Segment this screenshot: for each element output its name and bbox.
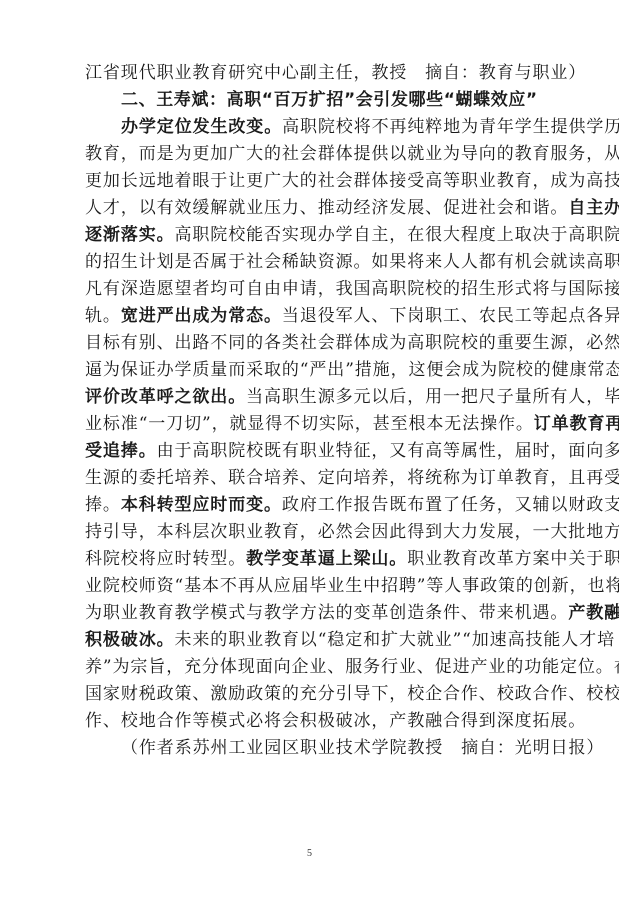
text-segment: 的招生计划是否属于社会稀缺资源。如果将来人人都有机会就读高职， <box>85 252 619 272</box>
text-line: 捧。本科转型应时而变。政府工作报告既布置了任务，又辅以财政支 <box>85 492 553 519</box>
bold-keyphrase: 逐渐落实。 <box>85 225 175 245</box>
bold-keyphrase: 产教融合 <box>568 603 619 623</box>
text-segment: 国家财税政策、激励政策的充分引导下，校企合作、校政合作、校校合 <box>85 684 619 704</box>
page-number: 5 <box>0 848 619 859</box>
text-line: 目标有别、出路不同的各类社会群体成为高职院校的重要生源，必然倒 <box>85 330 553 357</box>
text-line: 逐渐落实。高职院校能否实现办学自主，在很大程度上取决于高职院校 <box>85 222 553 249</box>
text-segment: 目标有别、出路不同的各类社会群体成为高职院校的重要生源，必然倒 <box>85 333 619 353</box>
text-segment: 为职业教育教学模式与教学方法的变革创造条件、带来机遇。 <box>85 603 568 623</box>
bold-keyphrase: 办学定位发生改变。 <box>121 117 282 137</box>
section-heading: 二、王寿斌：高职“百万扩招”会引发哪些“蝴蝶效应” <box>85 87 553 114</box>
text-segment: 持引导，本科层次职业教育，必然会因此得到大力发展，一大批地方本 <box>85 522 619 542</box>
text-segment: 作、校地合作等模式必将会积极破冰，产教融合得到深度拓展。 <box>85 711 586 731</box>
text-segment: 高职院校将不再纯粹地为青年学生提供学历 <box>282 117 619 137</box>
text-segment: 职业教育改革方案中关于职 <box>407 549 619 569</box>
text-segment: 未来的职业教育以“稳定和扩大就业”“加速高技能人才培 <box>175 630 615 650</box>
text-segment: （作者系苏州工业园区职业技术学院教授 摘自：光明日报） <box>121 738 604 758</box>
text-line: 江省现代职业教育研究中心副主任，教授 摘自：教育与职业） <box>85 60 553 87</box>
author-attribution: （作者系苏州工业园区职业技术学院教授 摘自：光明日报） <box>85 735 553 762</box>
text-line: 评价改革呼之欲出。当高职生源多元以后，用一把尺子量所有人，毕 <box>85 384 553 411</box>
text-line: 养”为宗旨，充分体现面向企业、服务行业、促进产业的功能定位。在 <box>85 654 553 681</box>
text-line: 更加长远地着眼于让更广大的社会群体接受高等职业教育，成为高技能 <box>85 168 553 195</box>
document-page: 江省现代职业教育研究中心副主任，教授 摘自：教育与职业）二、王寿斌：高职“百万扩… <box>85 60 553 762</box>
text-segment: 生源的委托培养、联合培养、定向培养，将统称为订单教育，且再受追 <box>85 468 619 488</box>
text-segment: 养”为宗旨，充分体现面向企业、服务行业、促进产业的功能定位。在 <box>85 657 619 677</box>
text-segment: 江省现代职业教育研究中心副主任，教授 摘自：教育与职业） <box>85 63 586 83</box>
text-segment: 轨。 <box>85 306 121 326</box>
text-line: 业院校师资“基本不再从应届毕业生中招聘”等人事政策的创新，也将 <box>85 573 553 600</box>
text-segment: 教育，而是为更加广大的社会群体提供以就业为导向的教育服务，从而 <box>85 144 619 164</box>
bold-keyphrase: 本科转型应时而变。 <box>121 495 282 515</box>
text-line: 逼为保证办学质量而采取的“严出”措施，这便会成为院校的健康常态。 <box>85 357 553 384</box>
text-line: 科院校将应时转型。教学变革逼上梁山。职业教育改革方案中关于职 <box>85 546 553 573</box>
bold-keyphrase: 订单教育再 <box>534 414 619 434</box>
bold-keyphrase: 教学变革逼上梁山。 <box>246 549 407 569</box>
text-line: 持引导，本科层次职业教育，必然会因此得到大力发展，一大批地方本 <box>85 519 553 546</box>
bold-keyphrase: 评价改革呼之欲出。 <box>85 387 246 407</box>
text-line: 生源的委托培养、联合培养、定向培养，将统称为订单教育，且再受追 <box>85 465 553 492</box>
text-line: 业标准“一刀切”，就显得不切实际，甚至根本无法操作。订单教育再 <box>85 411 553 438</box>
text-line: 轨。宽进严出成为常态。当退役军人、下岗职工、农民工等起点各异、 <box>85 303 553 330</box>
bold-keyphrase: 宽进严出成为常态。 <box>121 306 282 326</box>
text-line: 的招生计划是否属于社会稀缺资源。如果将来人人都有机会就读高职， <box>85 249 553 276</box>
text-line: 教育，而是为更加广大的社会群体提供以就业为导向的教育服务，从而 <box>85 141 553 168</box>
text-segment: 捧。 <box>85 495 121 515</box>
bold-keyphrase: 受追捧。 <box>85 441 157 461</box>
text-line: 国家财税政策、激励政策的充分引导下，校企合作、校政合作、校校合 <box>85 681 553 708</box>
text-line: 办学定位发生改变。高职院校将不再纯粹地为青年学生提供学历 <box>85 114 553 141</box>
bold-keyphrase: 积极破冰。 <box>85 630 175 650</box>
text-segment: 业标准“一刀切”，就显得不切实际，甚至根本无法操作。 <box>85 414 534 434</box>
text-segment: 业院校师资“基本不再从应届毕业生中招聘”等人事政策的创新，也将 <box>85 576 619 596</box>
text-segment: 科院校将应时转型。 <box>85 549 246 569</box>
text-segment: 当高职生源多元以后，用一把尺子量所有人，毕 <box>246 387 619 407</box>
text-segment: 更加长远地着眼于让更广大的社会群体接受高等职业教育，成为高技能 <box>85 171 619 191</box>
text-line: 积极破冰。未来的职业教育以“稳定和扩大就业”“加速高技能人才培 <box>85 627 553 654</box>
text-line: 作、校地合作等模式必将会积极破冰，产教融合得到深度拓展。 <box>85 708 553 735</box>
text-line: 为职业教育教学模式与教学方法的变革创造条件、带来机遇。产教融合 <box>85 600 553 627</box>
bold-keyphrase: 自主办学 <box>568 198 619 218</box>
text-segment: 政府工作报告既布置了任务，又辅以财政支 <box>282 495 619 515</box>
text-segment: 凡有深造愿望者均可自由申请，我国高职院校的招生形式将与国际接 <box>85 279 619 299</box>
text-line: 凡有深造愿望者均可自由申请，我国高职院校的招生形式将与国际接 <box>85 276 553 303</box>
text-line: 人才，以有效缓解就业压力、推动经济发展、促进社会和谐。自主办学 <box>85 195 553 222</box>
text-segment: 当退役军人、下岗职工、农民工等起点各异、 <box>282 306 619 326</box>
text-segment: 由于高职院校既有职业特征，又有高等属性，届时，面向多元 <box>157 441 619 461</box>
bold-keyphrase: 二、王寿斌：高职“百万扩招”会引发哪些“蝴蝶效应” <box>121 90 538 110</box>
text-segment: 人才，以有效缓解就业压力、推动经济发展、促进社会和谐。 <box>85 198 568 218</box>
text-segment: 高职院校能否实现办学自主，在很大程度上取决于高职院校 <box>175 225 619 245</box>
text-line: 受追捧。由于高职院校既有职业特征，又有高等属性，届时，面向多元 <box>85 438 553 465</box>
text-segment: 逼为保证办学质量而采取的“严出”措施，这便会成为院校的健康常态。 <box>85 360 619 380</box>
